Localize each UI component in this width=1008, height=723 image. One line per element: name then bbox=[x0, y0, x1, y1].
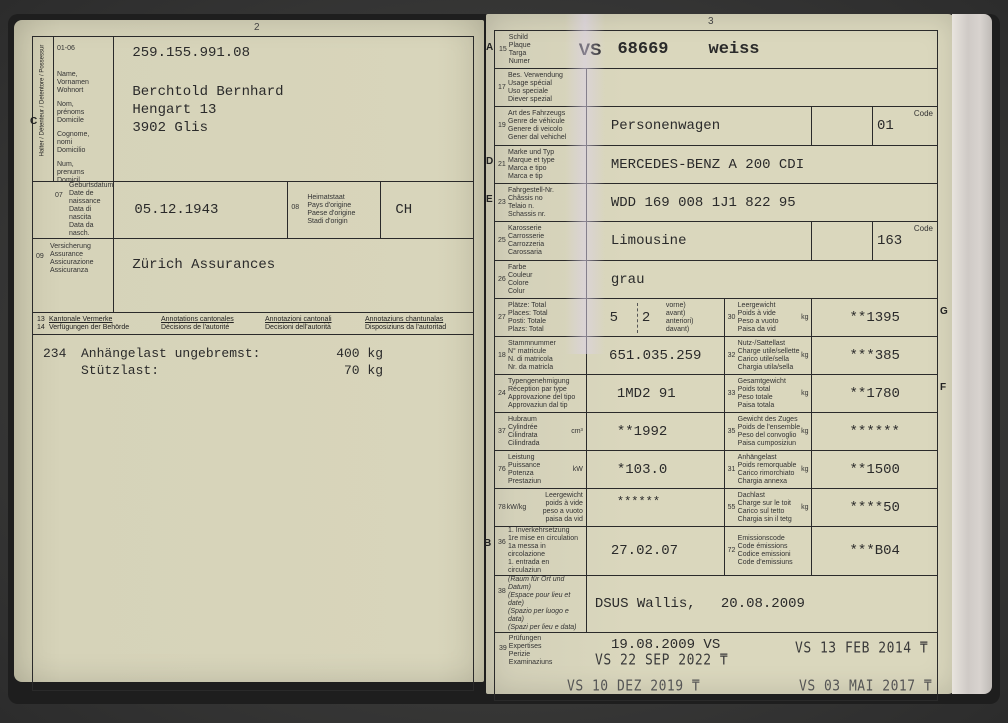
label-line: Carico utile/sella bbox=[738, 356, 809, 364]
total-weight-value: **1780 bbox=[812, 375, 938, 413]
emission-code-value: ***B04 bbox=[812, 527, 938, 576]
empty-weight-value: **1395 bbox=[812, 299, 938, 337]
label-line: Pays d'origine bbox=[307, 202, 377, 210]
label-line: Leergewicht bbox=[738, 302, 809, 310]
label-line: anteriori) bbox=[666, 318, 694, 326]
name-labels: Name, Vornamen Wohnort Nom, prénoms Domi… bbox=[57, 71, 99, 185]
inspection-entry: 19.08.2009 VS bbox=[611, 637, 720, 653]
label-line: peso a vuoto bbox=[530, 508, 583, 516]
label-line: Kantonale Vermerke bbox=[49, 316, 161, 324]
label-line: Assicuranza bbox=[50, 267, 110, 275]
holder-city: 3902 Glis bbox=[132, 119, 455, 137]
label-line: Domicile bbox=[57, 117, 99, 125]
label-line: Poids remorquable bbox=[738, 462, 809, 470]
annotation-value: 70 kg bbox=[313, 362, 383, 379]
field-number: 36 bbox=[498, 539, 506, 546]
special-use-value bbox=[586, 69, 937, 107]
vehicle-table: 15 Schild Plaque Targa Numer VS 68669 we… bbox=[494, 30, 938, 701]
label-line: davant) bbox=[666, 326, 694, 334]
label-line: 1a messa in circolazione bbox=[508, 543, 583, 559]
label-line: Gewicht des Zuges bbox=[738, 416, 809, 424]
field-number: 37 bbox=[498, 428, 506, 435]
payload-value: ***385 bbox=[812, 337, 938, 375]
field-number: 24 bbox=[498, 390, 506, 397]
inspections-cell: 39 Prüfungen Expertises Perizie Examinaz… bbox=[495, 633, 938, 701]
inspection-stamp: VS 03 MAI 2017 ₸ bbox=[799, 678, 932, 695]
vehicle-type-code-cell: Code 01 bbox=[812, 107, 938, 146]
unit-label: kg bbox=[801, 428, 808, 435]
label-line: Versicherung bbox=[50, 243, 110, 251]
side-marker-f: F bbox=[940, 382, 946, 393]
field-number: 72 bbox=[728, 547, 736, 554]
side-marker-b: B bbox=[484, 538, 491, 549]
label-line: vorne) bbox=[666, 302, 694, 310]
code-label: Code bbox=[877, 109, 933, 118]
chassis-value: WDD 169 008 1J1 822 95 bbox=[586, 184, 937, 222]
label-line: Heimatstaat bbox=[307, 194, 377, 202]
label-line: Decisioni dell'autorità bbox=[265, 324, 365, 332]
label-line: Code d'emissiuns bbox=[738, 559, 809, 567]
label-line: Assicurazione bbox=[50, 259, 110, 267]
label-line: Examinaziuns bbox=[509, 659, 553, 667]
birthdate-value: 05.12.1943 bbox=[114, 182, 288, 239]
label-line: Cilindrada bbox=[508, 440, 583, 448]
inspection-stamp: VS 22 SEP 2022 ₸ bbox=[595, 652, 728, 669]
label-line: Gesamtgewicht bbox=[738, 378, 809, 386]
label-line: Hubraum bbox=[508, 416, 583, 424]
label-line: Nutz-/Sattellast bbox=[738, 340, 809, 348]
unit-label: kg bbox=[801, 352, 808, 359]
label-line: Expertises bbox=[509, 643, 553, 651]
displacement-label-cell: 37 cm³ Hubraum Cylindrée Cilindrata Cili… bbox=[495, 413, 587, 451]
vehicle-type-value: Personenwagen bbox=[586, 107, 812, 146]
side-marker-c: C bbox=[30, 116, 37, 127]
label-line: 1re mise en circulation bbox=[508, 535, 583, 543]
label-line: Carico sul tetto bbox=[738, 508, 809, 516]
code-label: Code bbox=[877, 224, 933, 233]
power-weight-value: ****** bbox=[586, 489, 724, 527]
roof-load-label-cell: 55 kg Dachlast Charge sur le toit Carico… bbox=[724, 489, 812, 527]
trailer-load-label-cell: 31 kg Anhängelast Poids remorquable Cari… bbox=[724, 451, 812, 489]
power-label-cell: 76 kW Leistung Puissance Potenza Prestaz… bbox=[495, 451, 587, 489]
label-line: Paisa da vid bbox=[738, 326, 809, 334]
insurance-value: Zürich Assurances bbox=[114, 239, 474, 313]
label-line: Paisa cumposiziun bbox=[738, 440, 809, 448]
type-approval-label-cell: 24 Typengenehmigung Réception par type A… bbox=[495, 375, 587, 413]
label-line: Paisa totala bbox=[738, 402, 809, 410]
body-value: Limousine bbox=[586, 222, 812, 261]
field-number: 23 bbox=[498, 199, 506, 206]
field-number: 78 bbox=[498, 504, 506, 511]
field-number: 01-06 bbox=[57, 45, 75, 52]
field-number: 32 bbox=[728, 352, 736, 359]
label-line: (Spazi per lieu e data) bbox=[508, 624, 583, 632]
label-line: Stadi d'origin bbox=[307, 218, 377, 226]
annotation-value: 400 kg bbox=[313, 345, 383, 362]
field-number: 21 bbox=[498, 161, 506, 168]
field-number: 19 bbox=[498, 122, 506, 129]
plate-color: weiss bbox=[709, 40, 760, 59]
label-line: 1. entrada en circulaziun bbox=[508, 559, 583, 575]
label-line: Emissionscode bbox=[738, 535, 809, 543]
label-line: paisa da vid bbox=[530, 516, 583, 524]
label-line: Carico rimorchiato bbox=[738, 470, 809, 478]
field-number: 13 bbox=[37, 316, 49, 324]
left-page: 2 Halter / Détenteur / Detentore / Posse… bbox=[14, 20, 484, 682]
body-code-cell: Code 163 bbox=[812, 222, 938, 261]
label-line: Leergewicht bbox=[530, 492, 583, 500]
holder-group-label: Halter / Détenteur / Detentore / Possess… bbox=[40, 41, 47, 161]
light-glare bbox=[565, 14, 605, 354]
unit-label: kg bbox=[801, 504, 808, 511]
field-number: 30 bbox=[728, 314, 736, 321]
label-line: Potenza bbox=[508, 470, 583, 478]
label-line: Paese d'origine bbox=[307, 210, 377, 218]
annotation-label: Stützlast: bbox=[81, 362, 313, 379]
label-line: Data da nasch. bbox=[69, 222, 113, 238]
label-line: avant) bbox=[666, 310, 694, 318]
insurance-label-cell: 09 Versicherung Assurance Assicurazione … bbox=[33, 239, 114, 313]
side-marker-d: D bbox=[486, 156, 493, 167]
holder-label-cell: Halter / Détenteur / Detentore / Possess… bbox=[33, 37, 114, 182]
place-date-value: DSUS Wallis, 20.08.2009 bbox=[586, 576, 937, 633]
plate-number: 68669 bbox=[617, 40, 668, 59]
label-line: (Spazio per luogo e data) bbox=[508, 608, 583, 624]
page-number: 3 bbox=[708, 16, 714, 27]
holder-name: Berchtold Bernhard bbox=[132, 83, 455, 101]
label-line: Approvaziun dal tip bbox=[508, 402, 583, 410]
label-line: Poids de l'ensemble bbox=[738, 424, 809, 432]
label-line: Assurance bbox=[50, 251, 110, 259]
label-line: Perizie bbox=[509, 651, 553, 659]
annotation-row: Stützlast: 70 kg bbox=[43, 362, 463, 379]
label-line: Approvazione del tipo bbox=[508, 394, 583, 402]
field-number: 39 bbox=[499, 645, 507, 667]
field-number: 08 bbox=[291, 204, 299, 211]
power-weight-label-cell: 78 kW/kg Leergewicht poids à vide peso a… bbox=[495, 489, 587, 527]
field-number: 26 bbox=[498, 276, 506, 283]
empty-weight-label-cell: 30 kg Leergewicht Poids à vide Peso a vu… bbox=[724, 299, 812, 337]
label-line: poids à vide bbox=[530, 500, 583, 508]
color-value: grau bbox=[586, 261, 937, 299]
label-line: Name, Vornamen bbox=[57, 71, 99, 87]
field-number: 27 bbox=[498, 314, 506, 321]
label-line: Chargia annexa bbox=[738, 478, 809, 486]
label-line: Domicilio bbox=[57, 147, 99, 155]
annotations-header: 1314 Kantonale VermerkeVerfügungen der B… bbox=[33, 313, 474, 335]
field-number: 25 bbox=[498, 237, 506, 244]
annotations-body: 234 Anhängelast ungebremst: 400 kg Stütz… bbox=[33, 335, 474, 691]
seats-front: 2 bbox=[642, 310, 658, 326]
origin-label-cell: 08 Heimatstaat Pays d'origine Paese d'or… bbox=[288, 182, 381, 239]
label-line: Verfügungen der Behörde bbox=[49, 324, 161, 332]
label-line: Leistung bbox=[508, 454, 583, 462]
label-line: Réception par type bbox=[508, 386, 583, 394]
total-weight-label-cell: 33 kg Gesamtgewicht Poids total Peso tot… bbox=[724, 375, 812, 413]
emission-code-label-cell: 72 Emissionscode Code émissions Codice e… bbox=[724, 527, 812, 576]
field-number: 33 bbox=[728, 390, 736, 397]
train-weight-label-cell: 35 kg Gewicht des Zuges Poids de l'ensem… bbox=[724, 413, 812, 451]
label-line: Data di nascita bbox=[69, 206, 113, 222]
vehicle-type-code: 01 bbox=[877, 118, 933, 134]
label-line: Chargia sin il tetg bbox=[738, 516, 809, 524]
label-line: Dachlast bbox=[738, 492, 809, 500]
label-line: Wohnort bbox=[57, 87, 99, 95]
unit-label: kW bbox=[573, 466, 583, 473]
side-marker-e: E bbox=[486, 194, 493, 205]
unit-label: cm³ bbox=[571, 428, 583, 435]
label-line: Charge sur le toit bbox=[738, 500, 809, 508]
roof-load-value: ****50 bbox=[812, 489, 938, 527]
inspection-stamp: VS 13 FEB 2014 ₸ bbox=[795, 640, 928, 657]
seats-value-cell: 5 2 vorne) avant) anteriori) davant) bbox=[586, 299, 724, 337]
label-line: (Espace pour lieu et date) bbox=[508, 592, 583, 608]
label-line: Num, prenums bbox=[57, 161, 99, 177]
holder-number: 259.155.991.08 bbox=[132, 45, 455, 61]
label-line: Puissance bbox=[508, 462, 583, 470]
annotation-label: Anhängelast ungebremst: bbox=[81, 345, 313, 362]
label-line: Peso del convoglio bbox=[738, 432, 809, 440]
field-number: 35 bbox=[728, 428, 736, 435]
birthdate-label-cell: 07 Geburtsdatum Date de naissance Data d… bbox=[33, 182, 114, 239]
field-number: 09 bbox=[36, 253, 44, 260]
label-line: Domicil bbox=[57, 177, 99, 185]
unit-label: kg bbox=[801, 314, 808, 321]
origin-value: CH bbox=[381, 182, 474, 239]
page-number: 2 bbox=[254, 22, 260, 33]
plate-row: 15 Schild Plaque Targa Numer VS 68669 we… bbox=[495, 31, 938, 69]
type-approval-value: 1MD2 91 bbox=[586, 375, 724, 413]
field-number: 07 bbox=[55, 192, 63, 199]
label-line: 1. Inverkehrsetzung bbox=[508, 527, 583, 535]
annotation-row: 234 Anhängelast ungebremst: 400 kg bbox=[43, 345, 463, 362]
label-line: Décisions de l'autorité bbox=[161, 324, 265, 332]
label-line: Codice emissioni bbox=[738, 551, 809, 559]
unit-label: kW/kg bbox=[507, 504, 526, 511]
first-registration-label-cell: 36 1. Inverkehrsetzung 1re mise en circu… bbox=[495, 527, 587, 576]
payload-label-cell: 32 kg Nutz-/Sattellast Charge utile/sell… bbox=[724, 337, 812, 375]
trailer-load-value: **1500 bbox=[812, 451, 938, 489]
plastic-sleeve bbox=[952, 14, 992, 694]
annotation-code bbox=[43, 362, 81, 379]
label-line: Typengenehmigung bbox=[508, 378, 583, 386]
displacement-value: **1992 bbox=[586, 413, 724, 451]
label-line: Prestaziun bbox=[508, 478, 583, 486]
unit-label: kg bbox=[801, 466, 808, 473]
inspection-stamp: VS 10 DEZ 2019 ₸ bbox=[567, 678, 700, 695]
label-line: Date de naissance bbox=[69, 190, 113, 206]
label-line: (Raum für Ort und Datum) bbox=[508, 576, 583, 592]
field-number: 31 bbox=[728, 466, 736, 473]
label-line: Annotazioni cantonali bbox=[265, 316, 365, 324]
label-line: Cognome, nomi bbox=[57, 131, 99, 147]
field-number: 15 bbox=[499, 46, 507, 53]
train-weight-value: ****** bbox=[812, 413, 938, 451]
label-line: Annotaziuns chantunalas bbox=[365, 316, 446, 324]
label-line: Charge utile/sellette bbox=[738, 348, 809, 356]
side-marker-a: A bbox=[486, 42, 493, 53]
label-line: Disposiziuns da l'autoritad bbox=[365, 324, 446, 332]
make-model-value: MERCEDES-BENZ A 200 CDI bbox=[586, 146, 937, 184]
holder-table: Halter / Détenteur / Detentore / Possess… bbox=[32, 36, 474, 691]
label-line: Prüfungen bbox=[509, 635, 553, 643]
label-line: Peso totale bbox=[738, 394, 809, 402]
label-line: Nom, prénoms bbox=[57, 101, 99, 117]
annotation-code: 234 bbox=[43, 345, 81, 362]
label-line: Poids total bbox=[738, 386, 809, 394]
label-line: N. di matricola bbox=[508, 356, 583, 364]
side-marker-g: G bbox=[940, 306, 948, 317]
label-line: Code émissions bbox=[738, 543, 809, 551]
first-registration-value: 27.02.07 bbox=[586, 527, 724, 576]
label-line: Nr. da matricla bbox=[508, 364, 583, 372]
matricule-value: 651.035.259 bbox=[586, 337, 724, 375]
right-page: 3 15 Schild Plaque Targa Numer VS 68669 … bbox=[486, 14, 956, 694]
power-value: *103.0 bbox=[586, 451, 724, 489]
label-line: Peso a vuoto bbox=[738, 318, 809, 326]
field-number: 17 bbox=[498, 84, 506, 91]
unit-label: kg bbox=[801, 390, 808, 397]
holder-value-cell: 259.155.991.08 Berchtold Bernhard Hengar… bbox=[114, 37, 474, 182]
field-number: 14 bbox=[37, 324, 49, 332]
label-line: Chargia utila/sella bbox=[738, 364, 809, 372]
field-number: 38 bbox=[498, 588, 506, 595]
place-date-label-cell: 38 (Raum für Ort und Datum) (Espace pour… bbox=[495, 576, 587, 633]
label-line: Annotations cantonales bbox=[161, 316, 265, 324]
body-code: 163 bbox=[877, 233, 933, 249]
holder-street: Hengart 13 bbox=[132, 101, 455, 119]
field-number: 18 bbox=[498, 352, 506, 359]
label-line: Anhängelast bbox=[738, 454, 809, 462]
field-number: 55 bbox=[728, 504, 736, 511]
field-number: 76 bbox=[498, 466, 506, 473]
label-line: Poids à vide bbox=[738, 310, 809, 318]
